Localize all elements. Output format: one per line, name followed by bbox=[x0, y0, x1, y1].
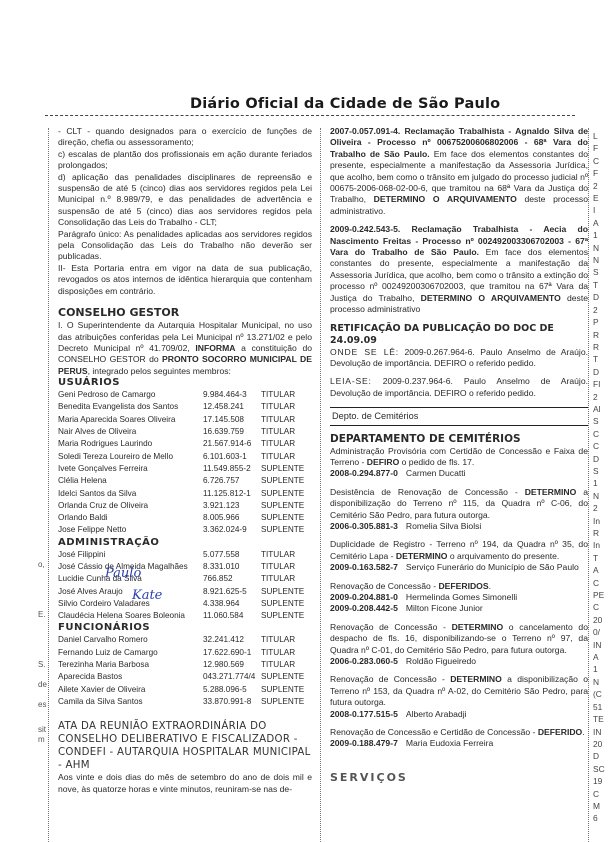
member-rg: 11.060.584 bbox=[203, 610, 261, 622]
edge-fragment: D bbox=[593, 291, 609, 303]
member-name: Jose Felippe Netto bbox=[58, 524, 203, 536]
cemetery-entry: Desistência de Renovação de Concessão - … bbox=[330, 487, 588, 533]
member-rg: 3.362.024-9 bbox=[203, 524, 261, 536]
process-item: 2009-0.204.881-0Hermelinda Gomes Simonel… bbox=[330, 592, 588, 603]
process-name: Milton Ficone Junior bbox=[406, 603, 483, 613]
member-rg: 5.288.096-5 bbox=[203, 684, 261, 696]
portaria-paragraph: II- Esta Portaria entra em vigor na data… bbox=[58, 263, 312, 297]
member-role: SUPLENTE bbox=[261, 586, 311, 598]
member-row: Nair Alves de Oliveira16.639.759TITULAR bbox=[58, 426, 312, 438]
member-row: Benedita Evangelista dos Santos12.458.24… bbox=[58, 401, 312, 413]
edge-fragment: C bbox=[593, 601, 609, 613]
member-name: José Alves Araujo bbox=[58, 586, 203, 598]
edge-fragment: D bbox=[593, 366, 609, 378]
member-row: Ailete Xavier de Oliveira5.288.096-5SUPL… bbox=[58, 684, 312, 696]
member-name: Idelci Santos da Silva bbox=[58, 488, 203, 500]
cemetery-entry: Renovação de Concessão e Certidão de Con… bbox=[330, 727, 588, 750]
cemetery-entry: Renovação de Concessão - DEFERIDOS.2009-… bbox=[330, 581, 588, 615]
process-name: Romelia Silva Biolsi bbox=[406, 521, 481, 531]
member-rg: 6.726.757 bbox=[203, 475, 261, 487]
member-row: Geni Pedroso de Camargo9.984.464-3TITULA… bbox=[58, 389, 312, 401]
edge-fragment: m bbox=[38, 735, 45, 744]
member-name: Orlanda Cruz de Oliveira bbox=[58, 500, 203, 512]
member-rg: 12.458.241 bbox=[203, 401, 261, 413]
member-role: TITULAR bbox=[261, 426, 311, 438]
member-name: Soledi Tereza Loureiro de Mello bbox=[58, 451, 203, 463]
edge-fragment: sit bbox=[38, 725, 46, 734]
onde-se-le: ONDE SE LÊ: 2009-0.267.964-6. Paulo Anse… bbox=[330, 347, 588, 370]
edge-fragment: C bbox=[593, 428, 609, 440]
member-rg: 32.241.412 bbox=[203, 634, 261, 646]
edge-fragment: 51 bbox=[593, 701, 609, 713]
process-name: Serviço Funerário do Município de São Pa… bbox=[406, 562, 579, 572]
edge-fragment: C bbox=[593, 577, 609, 589]
member-name: José Filippini bbox=[58, 549, 203, 561]
member-role: SUPLENTE bbox=[261, 598, 311, 610]
member-rg: 043.271.774/4 bbox=[203, 671, 261, 683]
member-rg: 11.549.855-2 bbox=[203, 463, 261, 475]
labor-claims: 2007-0.057.091-4. Reclamação Trabalhista… bbox=[330, 126, 588, 316]
process-number: 2006-0.305.881-3 bbox=[330, 521, 398, 531]
member-role: SUPLENTE bbox=[261, 475, 311, 487]
edge-fragment: 1 bbox=[593, 663, 609, 675]
column-divider bbox=[320, 128, 321, 842]
member-role: SUPLENTE bbox=[261, 488, 311, 500]
edge-fragment: E bbox=[593, 192, 609, 204]
member-role: SUPLENTE bbox=[261, 671, 311, 683]
right-column: 2007-0.057.091-4. Reclamação Trabalhista… bbox=[330, 126, 588, 783]
member-name: Orlando Baldi bbox=[58, 512, 203, 524]
member-group-title: ADMINISTRAÇÃO bbox=[58, 537, 312, 549]
edge-fragment: N bbox=[593, 490, 609, 502]
edge-fragment: TE bbox=[593, 713, 609, 725]
process-number: 2009-0.163.582-7 bbox=[330, 562, 398, 572]
edge-fragment: 2 bbox=[593, 502, 609, 514]
edge-fragment: A bbox=[593, 651, 609, 663]
edge-fragment: PE bbox=[593, 589, 609, 601]
edge-fragment: R bbox=[593, 527, 609, 539]
member-name: Maria Aparecida Soares Oliveira bbox=[58, 414, 203, 426]
member-rg: 16.639.759 bbox=[203, 426, 261, 438]
member-row: Terezinha Maria Barbosa12.980.569TITULAR bbox=[58, 659, 312, 671]
member-row: José Alves Araujo8.921.625-5SUPLENTE bbox=[58, 586, 312, 598]
ata-text: Aos vinte e dois dias do mês de setembro… bbox=[58, 772, 312, 795]
member-role: SUPLENTE bbox=[261, 500, 311, 512]
edge-fragment: D bbox=[593, 750, 609, 762]
member-role: TITULAR bbox=[261, 549, 311, 561]
edge-fragment: o, bbox=[38, 560, 45, 569]
member-role: TITULAR bbox=[261, 573, 311, 585]
edge-fragment: T bbox=[593, 353, 609, 365]
edge-fragment: S. bbox=[38, 660, 46, 669]
member-rg: 4.338.964 bbox=[203, 598, 261, 610]
labor-claim-entry: 2007-0.057.091-4. Reclamação Trabalhista… bbox=[330, 126, 588, 217]
edge-fragment: A bbox=[593, 217, 609, 229]
member-rg: 766.852 bbox=[203, 573, 261, 585]
depto-label: Depto. de Cemitérios bbox=[330, 407, 588, 425]
edge-fragment: Al bbox=[593, 403, 609, 415]
left-column: - CLT - quando designados para o exercíc… bbox=[58, 126, 312, 795]
member-role: TITULAR bbox=[261, 647, 311, 659]
process-item: 2008-0.294.877-0Carmen Ducatti bbox=[330, 468, 588, 479]
member-rg: 5.077.558 bbox=[203, 549, 261, 561]
portaria-paragraph: Parágrafo único: As penalidades aplicada… bbox=[58, 229, 312, 263]
portaria-paragraph: d) aplicação das penalidades disciplinar… bbox=[58, 172, 312, 229]
member-role: TITULAR bbox=[261, 659, 311, 671]
edge-fragment: M bbox=[593, 800, 609, 812]
member-role: TITULAR bbox=[261, 451, 311, 463]
member-groups: USUÁRIOSGeni Pedroso de Camargo9.984.464… bbox=[58, 377, 312, 708]
edge-fragment: A bbox=[593, 564, 609, 576]
page-title: Diário Oficial da Cidade de São Paulo bbox=[190, 96, 500, 112]
process-item: 2009-0.188.479-7Maria Eudoxia Ferreira bbox=[330, 738, 588, 749]
process-number: 2009-0.208.442-5 bbox=[330, 603, 398, 613]
member-row: Idelci Santos da Silva11.125.812-1SUPLEN… bbox=[58, 488, 312, 500]
edge-fragment: es bbox=[38, 700, 46, 709]
retificacao-heading: RETIFICAÇÃO DA PUBLICAÇÃO DO DOC DE 24.0… bbox=[330, 323, 588, 347]
member-rg: 8.005.966 bbox=[203, 512, 261, 524]
process-number: 2009-0.204.881-0 bbox=[330, 592, 398, 602]
member-row: Daniel Carvalho Romero32.241.412TITULAR bbox=[58, 634, 312, 646]
portaria-paragraph: c) escalas de plantão dos profissionais … bbox=[58, 149, 312, 172]
title-rule bbox=[45, 115, 575, 116]
member-name: Silvio Cordeiro Valadares bbox=[58, 598, 203, 610]
edge-fragment: 20 bbox=[593, 738, 609, 750]
member-name: Ivete Gonçalves Ferreira bbox=[58, 463, 203, 475]
member-role: SUPLENTE bbox=[261, 610, 311, 622]
edge-fragment: L bbox=[593, 130, 609, 142]
right-column-rule bbox=[588, 128, 589, 842]
handwritten-signature: Kate bbox=[132, 588, 162, 603]
process-number: 2008-0.294.877-0 bbox=[330, 468, 398, 478]
member-row: Maria Aparecida Soares Oliveira17.145.50… bbox=[58, 414, 312, 426]
process-name: Hermelinda Gomes Simonelli bbox=[406, 592, 517, 602]
edge-fragment: N bbox=[593, 254, 609, 266]
member-row: Clélia Helena6.726.757SUPLENTE bbox=[58, 475, 312, 487]
member-row: Soledi Tereza Loureiro de Mello6.101.603… bbox=[58, 451, 312, 463]
process-name: Carmen Ducatti bbox=[406, 468, 466, 478]
cemetery-entry: Administração Provisória com Certidão de… bbox=[330, 446, 588, 480]
member-row: Aparecida Bastos043.271.774/4SUPLENTE bbox=[58, 671, 312, 683]
edge-fragment: FI bbox=[593, 378, 609, 390]
leia-se: LEIA-SE: 2009-0.237.964-6. Paulo Anselmo… bbox=[330, 376, 588, 399]
member-rg: 21.567.914-6 bbox=[203, 438, 261, 450]
member-row: José Cássio de Almeida Magalhães8.331.01… bbox=[58, 561, 312, 573]
cemetery-entry: Renovação de Concessão - DETERMINO o can… bbox=[330, 622, 588, 668]
member-name: Ailete Xavier de Oliveira bbox=[58, 684, 203, 696]
edge-fragment: C bbox=[593, 440, 609, 452]
member-row: Jose Felippe Netto3.362.024-9SUPLENTE bbox=[58, 524, 312, 536]
member-name: Aparecida Bastos bbox=[58, 671, 203, 683]
departamento-heading: DEPARTAMENTO DE CEMITÉRIOS bbox=[330, 432, 588, 446]
member-name: Terezinha Maria Barbosa bbox=[58, 659, 203, 671]
member-role: TITULAR bbox=[261, 634, 311, 646]
edge-fragment: E. bbox=[38, 610, 46, 619]
member-rg: 6.101.603-1 bbox=[203, 451, 261, 463]
edge-fragment: (C bbox=[593, 688, 609, 700]
member-rg: 17.145.508 bbox=[203, 414, 261, 426]
edge-fragment: SC bbox=[593, 763, 609, 775]
edge-fragment: de bbox=[38, 680, 47, 689]
member-name: Camila da Silva Santos bbox=[58, 696, 203, 708]
edge-fragment: In bbox=[593, 515, 609, 527]
member-rg: 8.921.625-5 bbox=[203, 586, 261, 598]
process-name: Roldão Figueiredo bbox=[406, 656, 476, 666]
process-item: 2006-0.283.060-5Roldão Figueiredo bbox=[330, 656, 588, 667]
labor-claim-entry: 2009-0.242.543-5. Reclamação Trabalhista… bbox=[330, 224, 588, 315]
cemetery-entries: Administração Provisória com Certidão de… bbox=[330, 446, 588, 750]
member-role: SUPLENTE bbox=[261, 696, 311, 708]
edge-fragment: N bbox=[593, 676, 609, 688]
member-rg: 9.984.464-3 bbox=[203, 389, 261, 401]
ata-heading: ATA DA REUNIÃO EXTRAORDINÁRIA DO CONSELH… bbox=[58, 720, 312, 772]
member-role: SUPLENTE bbox=[261, 512, 311, 524]
process-item: 2009-0.208.442-5Milton Ficone Junior bbox=[330, 603, 588, 614]
process-number: 2006-0.283.060-5 bbox=[330, 656, 398, 666]
process-name: Alberto Arabadji bbox=[406, 709, 467, 719]
member-name: Maria Rodrigues Laurindo bbox=[58, 438, 203, 450]
process-name: Maria Eudoxia Ferreira bbox=[406, 738, 493, 748]
edge-fragment: I bbox=[593, 204, 609, 216]
member-role: TITULAR bbox=[261, 414, 311, 426]
edge-fragment: 6 bbox=[593, 812, 609, 824]
member-row: Fernando Luiz de Camargo17.622.690-1TITU… bbox=[58, 647, 312, 659]
edge-fragment: C bbox=[593, 155, 609, 167]
edge-fragment: S bbox=[593, 415, 609, 427]
edge-fragment: IN bbox=[593, 726, 609, 738]
process-number: 2009-0.188.479-7 bbox=[330, 738, 398, 748]
member-group-title: USUÁRIOS bbox=[58, 377, 312, 389]
member-role: SUPLENTE bbox=[261, 684, 311, 696]
adjacent-page-fragment: LFCF2EIA1NNSTD2PRRTDFI2AlSCCDS1N2InRInTA… bbox=[593, 130, 609, 825]
member-name: Benedita Evangelista dos Santos bbox=[58, 401, 203, 413]
process-item: 2006-0.305.881-3Romelia Silva Biolsi bbox=[330, 521, 588, 532]
member-name: Geni Pedroso de Camargo bbox=[58, 389, 203, 401]
edge-fragment: T bbox=[593, 552, 609, 564]
left-column-rule bbox=[48, 128, 49, 842]
member-name: Claudécia Helena Soares Boleonia bbox=[58, 610, 203, 622]
member-rg: 3.921.123 bbox=[203, 500, 261, 512]
edge-fragment: D bbox=[593, 453, 609, 465]
conselho-gestor-intro: I. O Superintendente da Autarquia Hospit… bbox=[58, 320, 312, 377]
edge-fragment: 0/ bbox=[593, 626, 609, 638]
edge-fragment: 1 bbox=[593, 229, 609, 241]
edge-fragment: IN bbox=[593, 639, 609, 651]
process-number: 2008-0.177.515-5 bbox=[330, 709, 398, 719]
edge-fragment: 1 bbox=[593, 477, 609, 489]
process-item: 2009-0.163.582-7Serviço Funerário do Mun… bbox=[330, 562, 588, 573]
member-group-title: FUNCIONÁRIOS bbox=[58, 622, 312, 634]
member-name: Fernando Luiz de Camargo bbox=[58, 647, 203, 659]
edge-fragment: R bbox=[593, 329, 609, 341]
member-row: Ivete Gonçalves Ferreira11.549.855-2SUPL… bbox=[58, 463, 312, 475]
edge-fragment: F bbox=[593, 142, 609, 154]
edge-fragment: S bbox=[593, 465, 609, 477]
member-rg: 33.870.991-8 bbox=[203, 696, 261, 708]
member-name: Nair Alves de Oliveira bbox=[58, 426, 203, 438]
edge-fragment: S bbox=[593, 266, 609, 278]
handwritten-signature: Paulo bbox=[105, 566, 141, 581]
process-item: 2008-0.177.515-5Alberto Arabadji bbox=[330, 709, 588, 720]
edge-fragment: In bbox=[593, 539, 609, 551]
member-row: Camila da Silva Santos33.870.991-8SUPLEN… bbox=[58, 696, 312, 708]
member-role: TITULAR bbox=[261, 389, 311, 401]
member-row: José Filippini5.077.558TITULAR bbox=[58, 549, 312, 561]
member-rg: 8.331.010 bbox=[203, 561, 261, 573]
member-name: Clélia Helena bbox=[58, 475, 203, 487]
member-row: Orlando Baldi8.005.966SUPLENTE bbox=[58, 512, 312, 524]
member-role: SUPLENTE bbox=[261, 463, 311, 475]
cemetery-entry: Duplicidade de Registro - Terreno nº 194… bbox=[330, 539, 588, 573]
member-row: Claudécia Helena Soares Boleonia11.060.5… bbox=[58, 610, 312, 622]
edge-fragment: N bbox=[593, 242, 609, 254]
member-role: SUPLENTE bbox=[261, 524, 311, 536]
member-role: TITULAR bbox=[261, 401, 311, 413]
conselho-gestor-heading: CONSELHO GESTOR bbox=[58, 306, 312, 320]
member-name: Daniel Carvalho Romero bbox=[58, 634, 203, 646]
portaria-paragraph: - CLT - quando designados para o exercíc… bbox=[58, 126, 312, 149]
member-row: Orlanda Cruz de Oliveira3.921.123SUPLENT… bbox=[58, 500, 312, 512]
edge-fragment: 2 bbox=[593, 304, 609, 316]
member-row: Maria Rodrigues Laurindo21.567.914-6TITU… bbox=[58, 438, 312, 450]
edge-fragment: P bbox=[593, 316, 609, 328]
edge-fragment: F bbox=[593, 167, 609, 179]
member-role: TITULAR bbox=[261, 561, 311, 573]
edge-fragment: T bbox=[593, 279, 609, 291]
member-row: Silvio Cordeiro Valadares4.338.964SUPLEN… bbox=[58, 598, 312, 610]
member-rg: 11.125.812-1 bbox=[203, 488, 261, 500]
member-row: Lucidie Cunha da Silva766.852TITULAR bbox=[58, 573, 312, 585]
edge-fragment: 2 bbox=[593, 391, 609, 403]
member-rg: 17.622.690-1 bbox=[203, 647, 261, 659]
member-role: TITULAR bbox=[261, 438, 311, 450]
edge-fragment: R bbox=[593, 341, 609, 353]
servicos-heading: SERVIÇOS bbox=[330, 772, 588, 783]
edge-fragment: 19 bbox=[593, 775, 609, 787]
edge-fragment: 20 bbox=[593, 614, 609, 626]
edge-fragment: 2 bbox=[593, 180, 609, 192]
cemetery-entry: Renovação de Concessão - DETERMINO a dis… bbox=[330, 674, 588, 720]
member-rg: 12.980.569 bbox=[203, 659, 261, 671]
portaria-text: - CLT - quando designados para o exercíc… bbox=[58, 126, 312, 297]
edge-fragment: C bbox=[593, 788, 609, 800]
